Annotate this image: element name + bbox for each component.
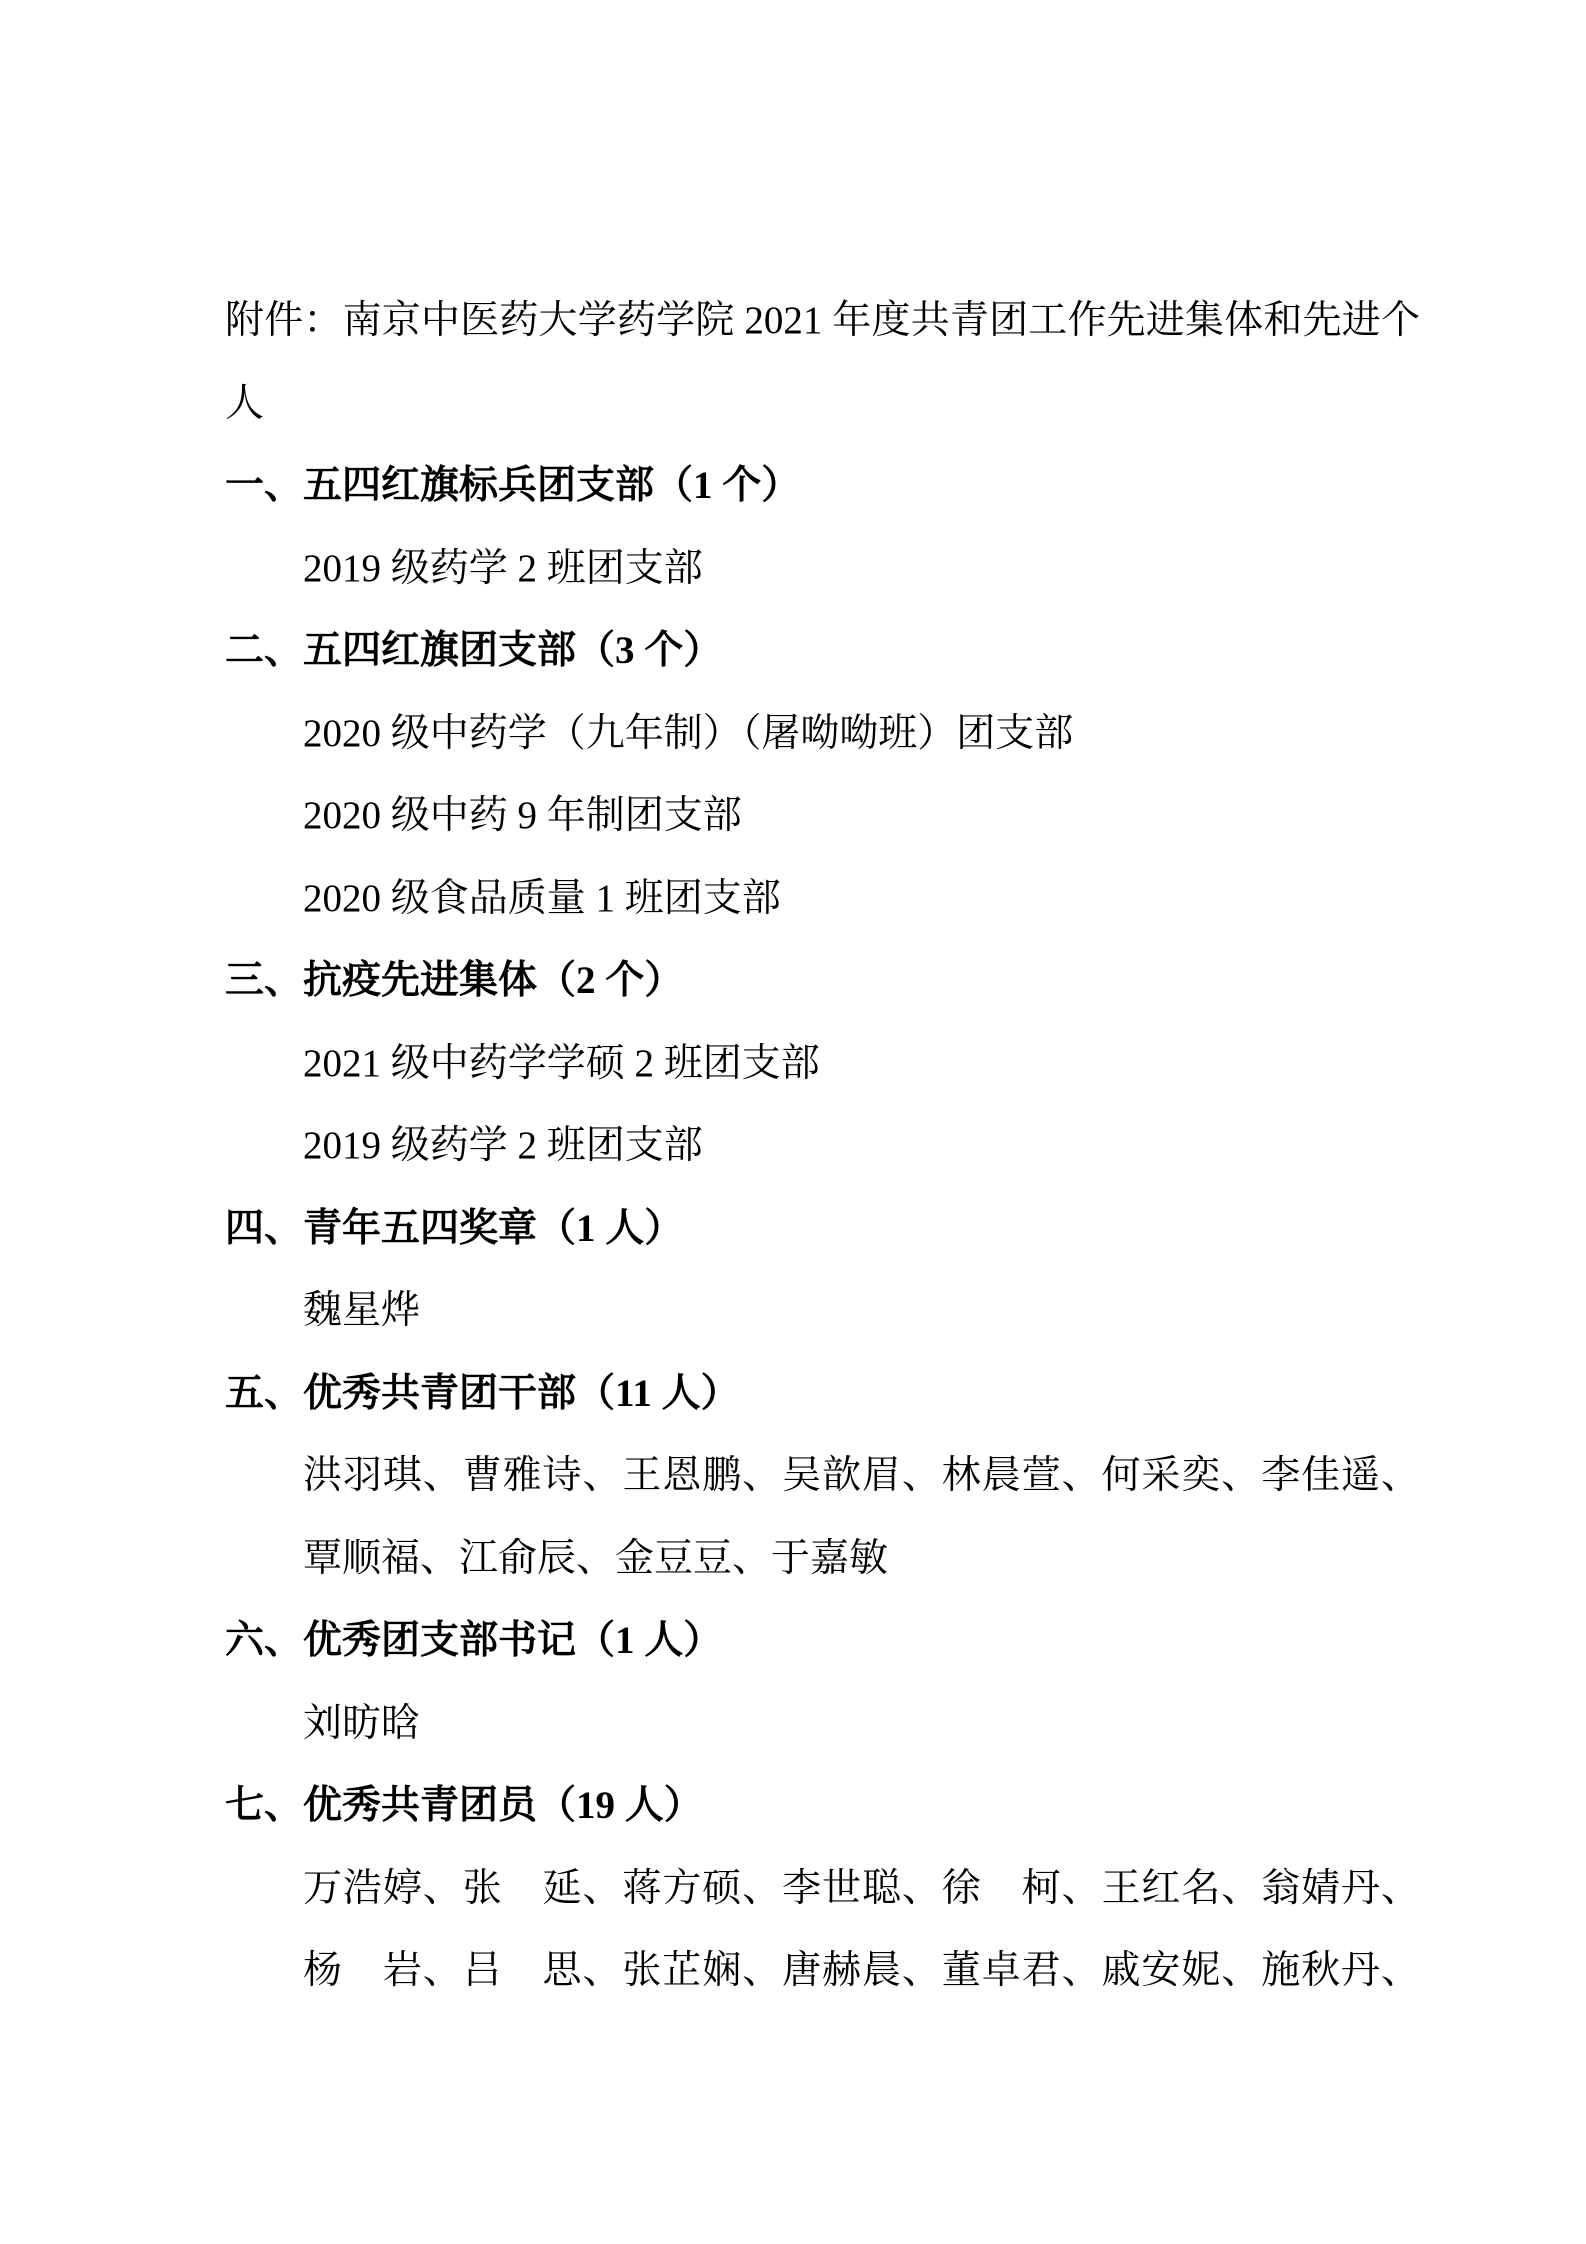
document-page: 附件：南京中医药大学药学院 2021 年度共青团工作先进集体和先进个 人 一、五… <box>0 0 1586 2244</box>
section-3-item-2: 2019 级药学 2 班团支部 <box>225 1105 1420 1188</box>
attachment-title-line-1: 附件：南京中医药大学药学院 2021 年度共青团工作先进集体和先进个 <box>225 280 1420 363</box>
section-5-names-line-2: 覃顺福、江俞辰、金豆豆、于嘉敏 <box>225 1518 1420 1601</box>
section-5-names-line-1: 洪羽琪、曹雅诗、王恩鹏、吴歆眉、林晨萱、何采奕、李佳遥、 <box>225 1435 1420 1518</box>
section-1-item-1: 2019 级药学 2 班团支部 <box>225 528 1420 611</box>
section-7-names-line-1: 万浩婷、张 延、蒋方硕、李世聪、徐 柯、王红名、翁婧丹、 <box>225 1848 1420 1931</box>
section-2-item-1: 2020 级中药学（九年制）（屠呦呦班）团支部 <box>225 693 1420 776</box>
attachment-title-line-2: 人 <box>225 363 1420 446</box>
section-6-item-1: 刘昉晗 <box>225 1683 1420 1766</box>
section-2-item-2: 2020 级中药 9 年制团支部 <box>225 775 1420 858</box>
section-5-heading: 五、优秀共青团干部（11 人） <box>225 1353 1420 1436</box>
section-7-heading: 七、优秀共青团员（19 人） <box>225 1765 1420 1848</box>
section-1-heading: 一、五四红旗标兵团支部（1 个） <box>225 445 1420 528</box>
section-2-item-3: 2020 级食品质量 1 班团支部 <box>225 858 1420 941</box>
section-6-heading: 六、优秀团支部书记（1 人） <box>225 1600 1420 1683</box>
section-4-item-1: 魏星烨 <box>225 1270 1420 1353</box>
section-7-names-line-2: 杨 岩、吕 思、张芷娴、唐赫晨、董卓君、戚安妮、施秋丹、 <box>225 1930 1420 2013</box>
section-4-heading: 四、青年五四奖章（1 人） <box>225 1188 1420 1271</box>
section-3-heading: 三、抗疫先进集体（2 个） <box>225 940 1420 1023</box>
section-2-heading: 二、五四红旗团支部（3 个） <box>225 610 1420 693</box>
section-3-item-1: 2021 级中药学学硕 2 班团支部 <box>225 1023 1420 1106</box>
